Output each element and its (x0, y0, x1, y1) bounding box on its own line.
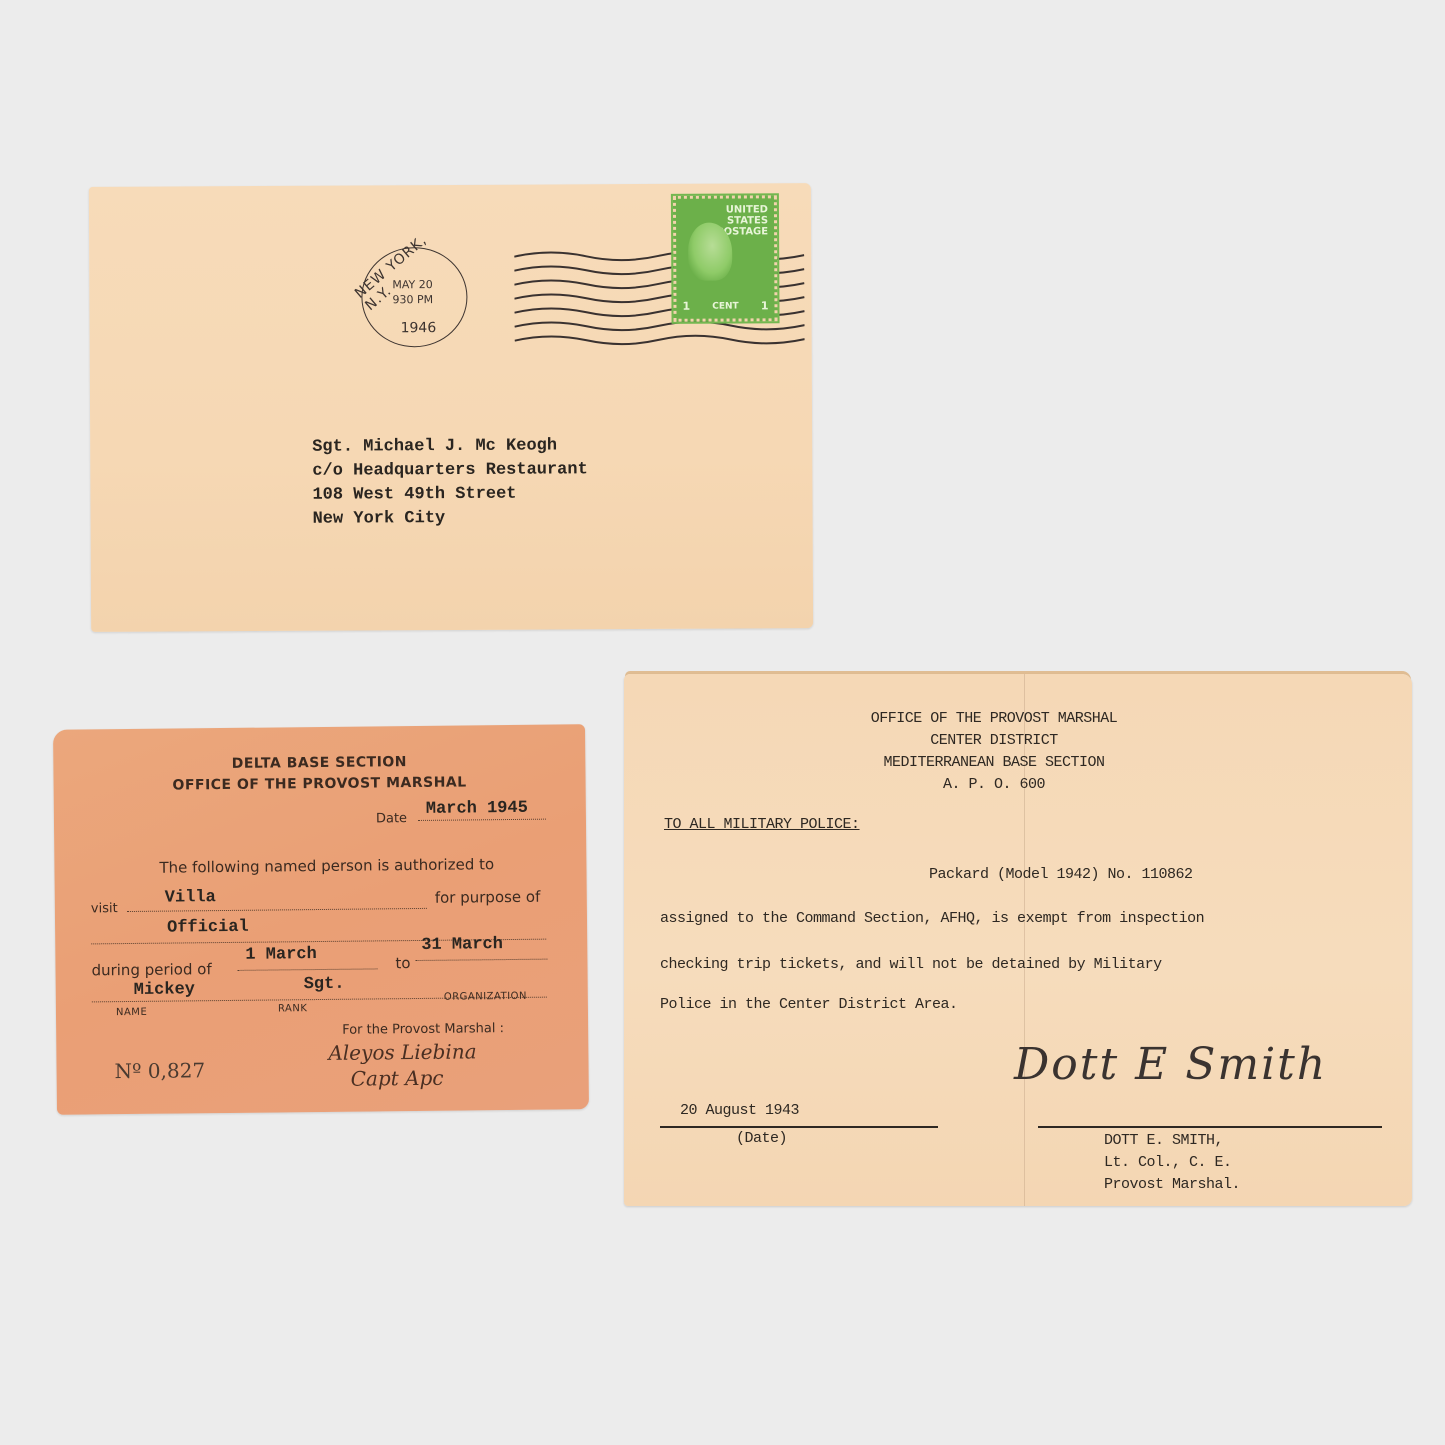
memo-header-line: MEDITERRANEAN BASE SECTION (804, 754, 1184, 771)
memo-header-line: OFFICE OF THE PROVOST MARSHAL (804, 710, 1184, 727)
date-line (418, 819, 546, 821)
postmark-date: MAY 20 (392, 278, 432, 291)
address-line: 108 West 49th Street (312, 482, 588, 507)
postage-stamp: UNITED STATES POSTAGE 1 CENT 1 (673, 195, 778, 322)
period-to-label: to (395, 954, 410, 972)
name-value: Mickey (134, 980, 195, 1000)
envelope: NEW YORK, N.Y. MAY 20 930 PM 1946 UNITED… (89, 183, 813, 632)
address-line: New York City (313, 506, 589, 531)
visit-line (127, 908, 427, 912)
address-line: Sgt. Michael J. Mc Keogh (312, 434, 588, 459)
rank-value: Sgt. (304, 975, 345, 994)
date-signature-line (660, 1126, 938, 1128)
memo-body-line: assigned to the Command Section, AFHQ, i… (660, 910, 1204, 927)
memo-salutation: TO ALL MILITARY POLICE: (664, 816, 860, 833)
for-provost-label: For the Provost Marshal : (342, 1021, 504, 1038)
handwritten-signature: Aleyos Liebina (328, 1039, 476, 1065)
visit-value: Villa (165, 888, 216, 908)
signer-name: DOTT E. SMITH, (1104, 1132, 1223, 1149)
authorized-text: The following named person is authorized… (159, 855, 494, 877)
signer-rank: Lt. Col., C. E. (1104, 1154, 1232, 1171)
address-line: c/o Headquarters Restaurant (312, 458, 588, 483)
signer-signature-line (1038, 1126, 1382, 1128)
postmark-time: 930 PM (392, 293, 433, 306)
washington-portrait-icon (688, 223, 732, 281)
rank-label: RANK (278, 1003, 308, 1014)
period-from-line (238, 968, 378, 970)
memo-body-line: Police in the Center District Area. (660, 996, 958, 1013)
stamp-denomination: 1 CENT 1 (676, 299, 774, 313)
period-from: 1 March (245, 945, 317, 965)
mailing-address: Sgt. Michael J. Mc Keogh c/o Headquarter… (312, 434, 588, 531)
organization-label: ORGANIZATION (444, 991, 527, 1003)
postmark-year: 1946 (401, 320, 437, 336)
name-label: NAME (116, 1007, 147, 1018)
memo-date-label: (Date) (736, 1130, 787, 1147)
memo-body-line: checking trip tickets, and will not be d… (660, 956, 1162, 973)
signer-title: Provost Marshal. (1104, 1176, 1240, 1193)
postmark: NEW YORK, N.Y. MAY 20 930 PM 1946 (361, 247, 468, 348)
purpose-value: Official (167, 918, 249, 938)
provost-marshal-memo: OFFICE OF THE PROVOST MARSHAL CENTER DIS… (624, 674, 1412, 1206)
visit-label: visit (91, 901, 118, 916)
date-label: Date (376, 811, 407, 826)
pass-title: DELTA BASE SECTION (53, 752, 585, 774)
vehicle-line: Packard (Model 1942) No. 110862 (929, 866, 1193, 883)
delta-base-pass-card: DELTA BASE SECTION OFFICE OF THE PROVOST… (53, 724, 589, 1115)
purpose-label: for purpose of (435, 888, 541, 907)
handwritten-signature-title: Capt Apc (351, 1066, 444, 1091)
date-value: March 1945 (426, 799, 528, 819)
memo-header-line: CENTER DISTRICT (804, 732, 1184, 749)
memo-date-value: 20 August 1943 (680, 1102, 799, 1119)
handwritten-signature: Dott E Smith (1014, 1039, 1327, 1090)
period-label: during period of (91, 960, 211, 979)
pass-subtitle: OFFICE OF THE PROVOST MARSHAL (54, 773, 586, 795)
period-to-line (415, 959, 547, 961)
period-to: 31 March (421, 935, 503, 955)
serial-number: Nº 0,827 (114, 1058, 205, 1083)
memo-header-line: A. P. O. 600 (804, 776, 1184, 793)
